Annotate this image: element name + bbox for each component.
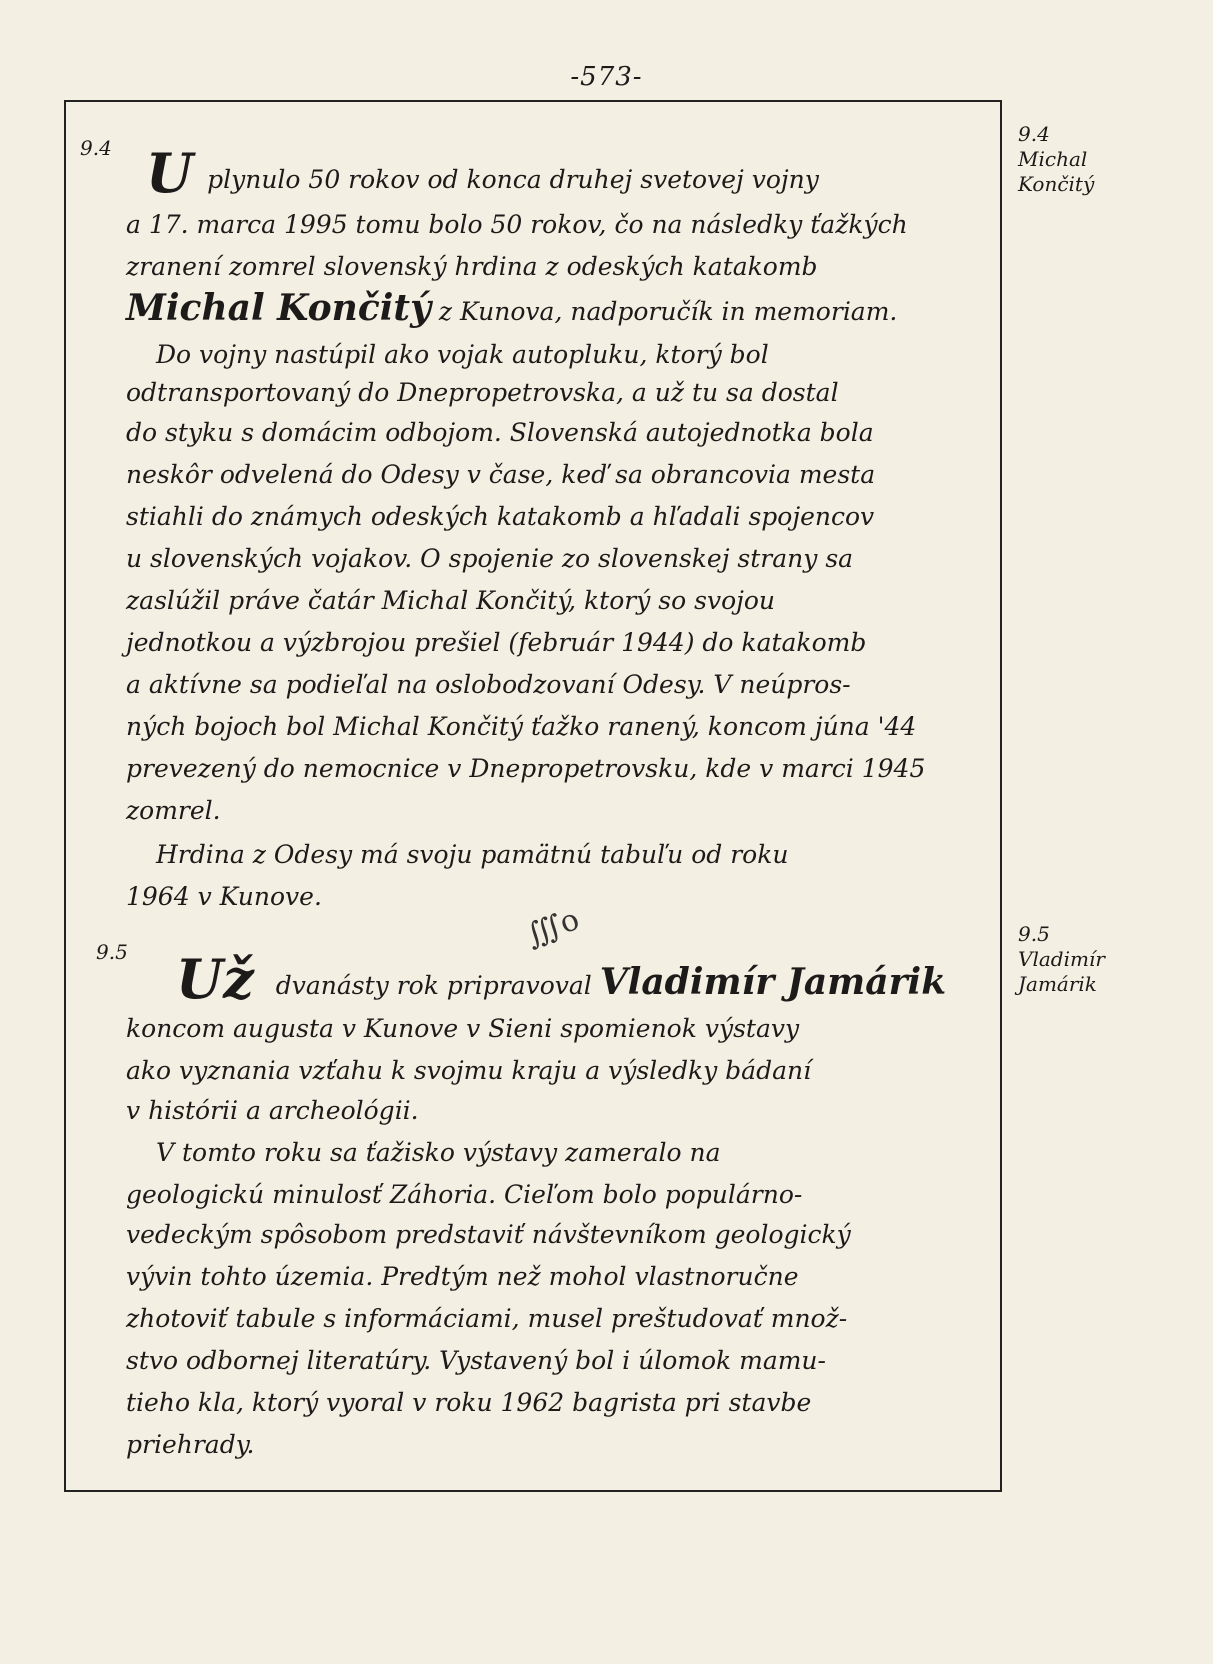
- text-line: Hrdina z Odesy má svoju pamätnú tabuľu o…: [156, 842, 788, 867]
- drop-initial: U: [146, 141, 193, 205]
- person-name: Michal Končitý: [126, 287, 431, 329]
- text-line: stiahli do známych odeských katakomb a h…: [126, 504, 874, 529]
- text-line: do styku s domácim odbojom. Slovenská au…: [126, 420, 874, 445]
- text-line: tieho kla, ktorý vyoral v roku 1962 bagr…: [126, 1390, 811, 1415]
- person-name: Vladimír Jamárik: [600, 961, 946, 1003]
- text-line: koncom augusta v Kunove v Sieni spomieno…: [126, 1016, 799, 1041]
- text-line: geologickú minulosť Záhoria. Cieľom bolo…: [126, 1182, 802, 1207]
- text-line: a aktívne sa podieľal na oslobodzovaní O…: [126, 672, 851, 697]
- text-line: zranení zomrel slovenský hrdina z odeský…: [126, 254, 818, 279]
- text-line: odtransportovaný do Dnepropetrovska, a u…: [126, 380, 839, 405]
- text-line: stvo odbornej literatúry. Vystavený bol …: [126, 1348, 826, 1373]
- margin-note-9-5: 9.5 Vladimír Jamárik: [1018, 922, 1105, 997]
- text-line: Už dvanásty rok pripravoval Vladimír Jam…: [176, 952, 946, 1006]
- chronicle-entry-box: 9.4 Uplynulo 50 rokov od konca druhej sv…: [64, 100, 1002, 1492]
- text-line: prevezený do nemocnice v Dnepropetrovsku…: [126, 756, 925, 781]
- text-line: ných bojoch bol Michal Končitý ťažko ran…: [126, 714, 916, 739]
- text-line: priehrady.: [126, 1432, 254, 1457]
- text-line: V tomto roku sa ťažisko výstavy zameralo…: [156, 1140, 720, 1165]
- text-line: 1964 v Kunove.: [126, 884, 322, 909]
- drop-initial: Už: [176, 947, 254, 1011]
- text-line: jednotkou a výzbrojou prešiel (február 1…: [126, 630, 866, 655]
- text-line: neskôr odvelená do Odesy v čase, keď sa …: [126, 462, 875, 487]
- text-line: zomrel.: [126, 798, 221, 823]
- section-number-9-4: 9.4: [80, 136, 112, 160]
- text-line: v histórii a archeológii.: [126, 1098, 419, 1123]
- text-line: Do vojny nastúpil ako vojak autopluku, k…: [156, 342, 769, 367]
- text-line: vývin tohto územia. Predtým než mohol vl…: [126, 1264, 799, 1289]
- text-line: vedeckým spôsobom predstaviť návštevníko…: [126, 1222, 851, 1247]
- margin-note-9-4: 9.4 Michal Končitý: [1018, 122, 1094, 197]
- text-line: zaslúžil práve čatár Michal Končitý, kto…: [126, 588, 775, 613]
- text-line: Michal Končitý z Kunova, nadporučík in m…: [126, 290, 897, 326]
- text-line: zhotoviť tabule s informáciami, musel pr…: [126, 1306, 847, 1331]
- text-line: a 17. marca 1995 tomu bolo 50 rokov, čo …: [126, 212, 908, 237]
- section-number-9-5: 9.5: [96, 940, 128, 964]
- text-line: Uplynulo 50 rokov od konca druhej svetov…: [146, 146, 819, 200]
- text-line: u slovenských vojakov. O spojenie zo slo…: [126, 546, 853, 571]
- page-number: -573-: [0, 62, 1213, 92]
- squiggle-icon: ∭o: [522, 902, 584, 953]
- text-line: ako vyznania vzťahu k svojmu kraju a výs…: [126, 1058, 811, 1083]
